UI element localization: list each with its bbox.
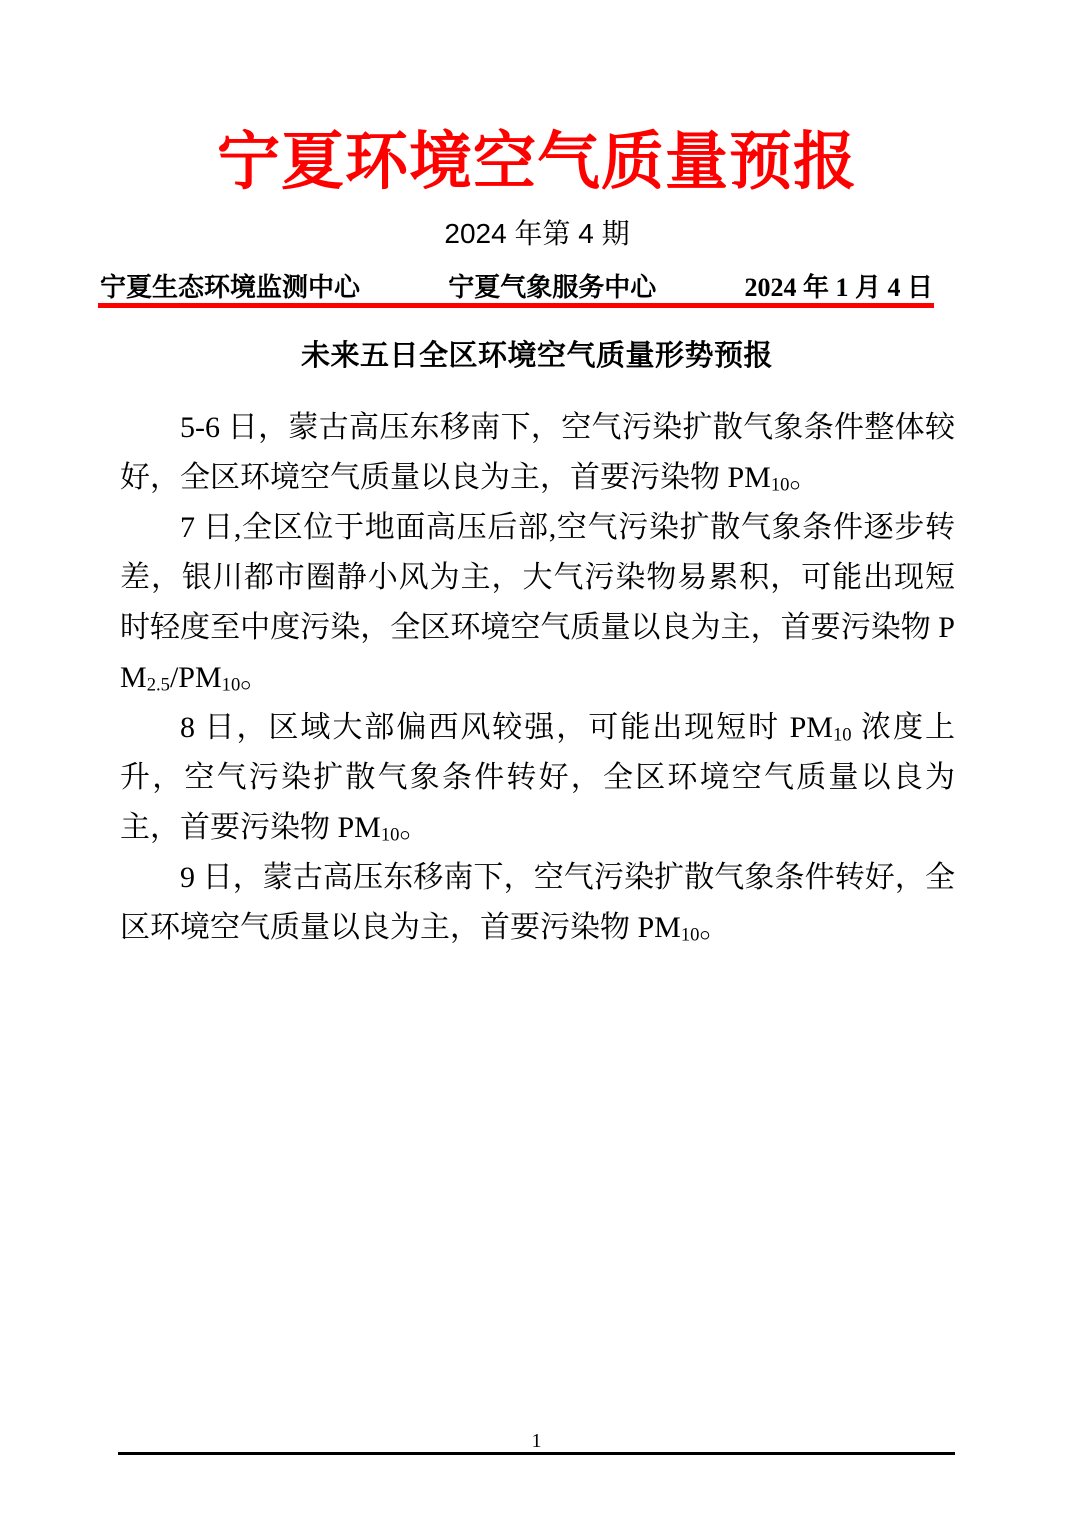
issue-number: 2024 年第 4 期 (0, 216, 1074, 252)
paragraph-day-8: 8 日，区域大部偏西风较强，可能出现短时 PM10 浓度上升，空气污染扩散气象条… (120, 703, 955, 853)
page-footer: 1 (118, 1430, 955, 1455)
paragraph-day-7: 7 日,全区位于地面高压后部,空气污染扩散气象条件逐步转差，银川都市圈静小风为主… (120, 503, 955, 703)
document-title: 宁夏环境空气质量预报 (0, 0, 1074, 204)
paragraph-day-5-6: 5-6 日，蒙古高压东移南下，空气污染扩散气象条件整体较好，全区环境空气质量以良… (120, 403, 955, 503)
forecast-body: 5-6 日，蒙古高压东移南下，空气污染扩散气象条件整体较好，全区环境空气质量以良… (120, 403, 955, 953)
issue-date: 2024 年 1 月 4 日 (744, 273, 933, 303)
issuing-org-monitoring-center: 宁夏生态环境监测中心 (100, 272, 360, 302)
paragraph-day-9: 9 日，蒙古高压东移南下，空气污染扩散气象条件转好，全区环境空气质量以良为主，首… (120, 853, 955, 953)
red-divider-rule (98, 303, 934, 308)
header-row: 宁夏生态环境监测中心 宁夏气象服务中心 2024 年 1 月 4 日 (100, 272, 933, 303)
issuing-org-meteorological-center: 宁夏气象服务中心 (448, 272, 656, 302)
section-heading: 未来五日全区环境空气质量形势预报 (0, 338, 1074, 374)
page-number: 1 (532, 1430, 542, 1452)
document-page: 宁夏环境空气质量预报 2024 年第 4 期 宁夏生态环境监测中心 宁夏气象服务… (0, 0, 1074, 1520)
